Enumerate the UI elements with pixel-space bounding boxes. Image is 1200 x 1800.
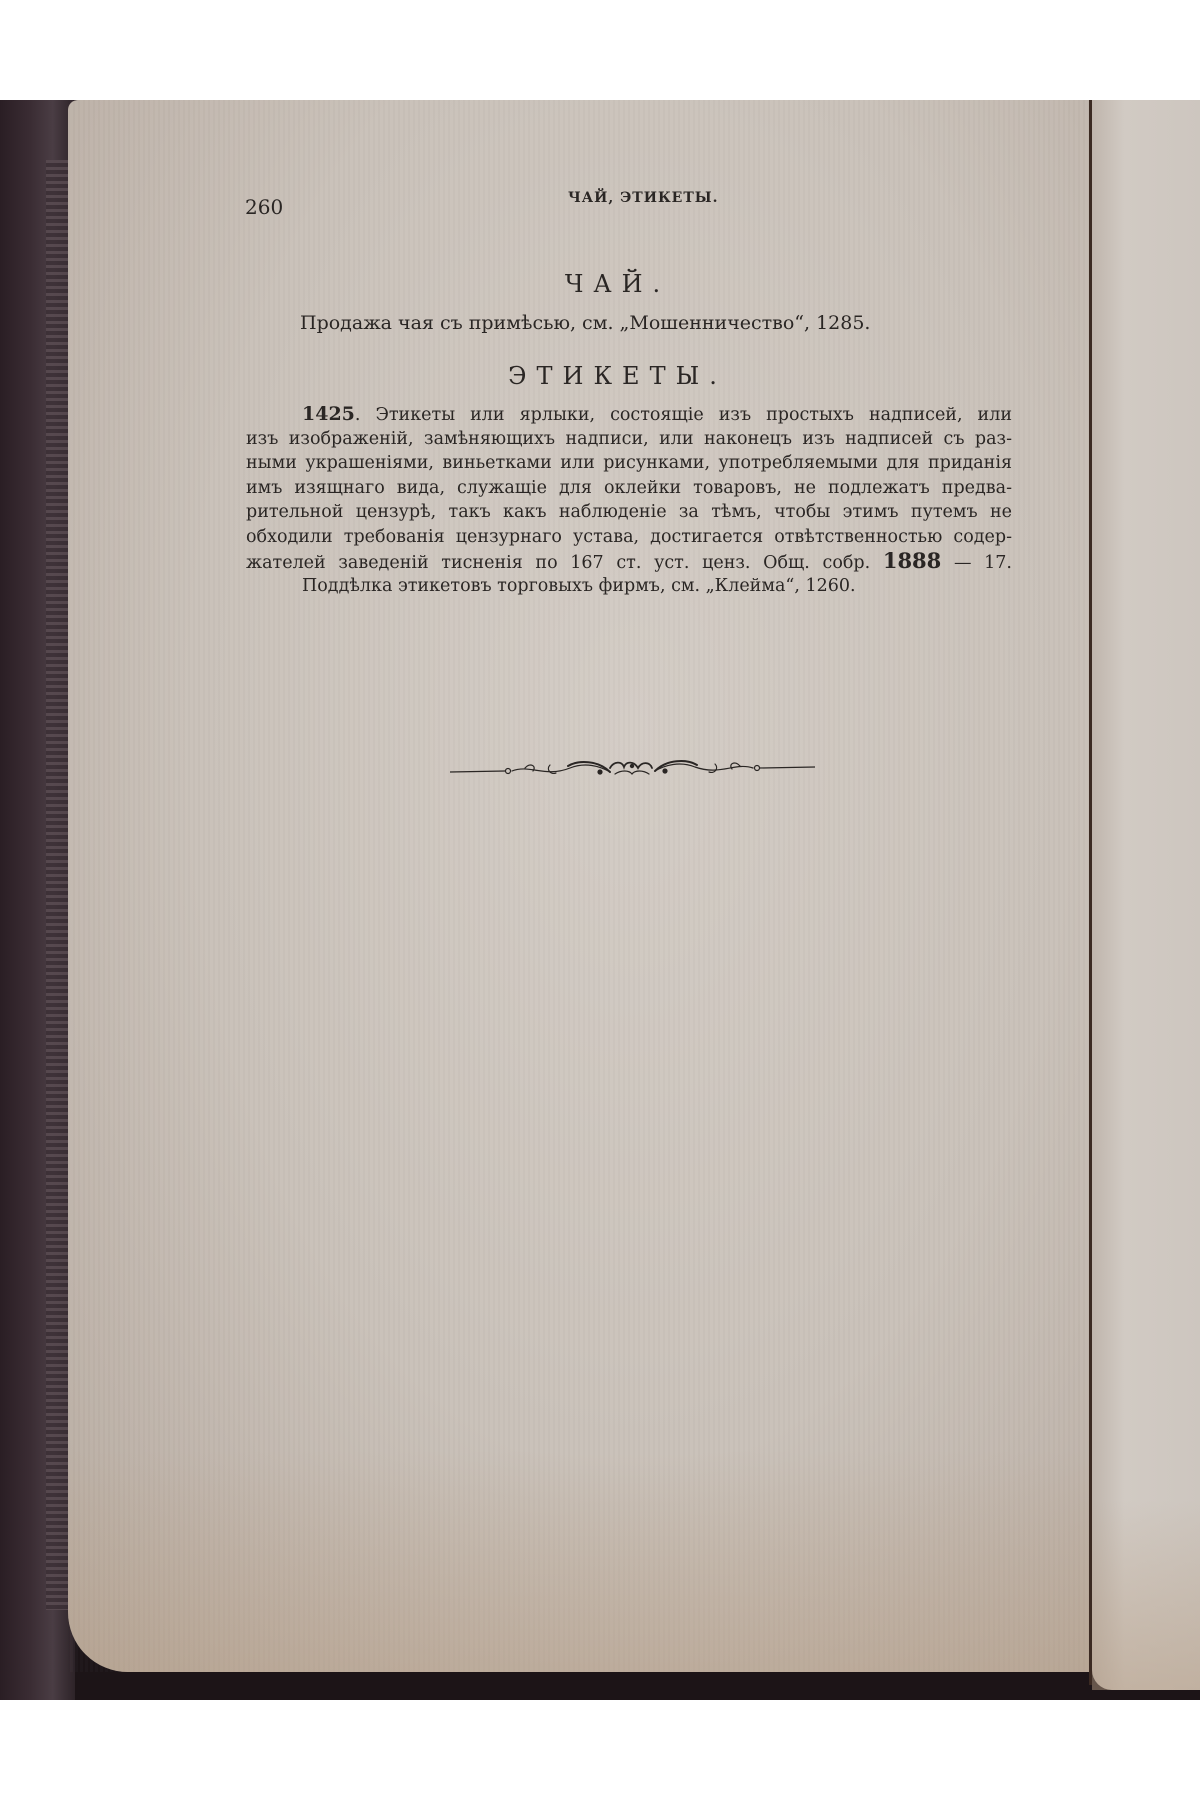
cross-reference-labels: Поддѣлка этикетовъ торговыхъ фирмъ, см. … — [246, 574, 1012, 599]
section-heading-etikety: ЭТИКЕТЫ. — [0, 362, 1200, 390]
book-binding — [0, 100, 75, 1700]
running-head: ЧАЙ, ЭТИКЕТЫ. — [568, 190, 718, 206]
article-line: обходили требованія цензурнаго устава, д… — [246, 525, 1012, 550]
article-line: изъ изображеній, замѣняющихъ надписи, ил… — [246, 427, 1012, 452]
article-line: имъ изящнаго вида, служащіе для оклейки … — [246, 476, 1012, 501]
right-page-edge — [1092, 100, 1200, 1690]
ornament-divider-icon — [450, 758, 815, 782]
article-1425: 1425. Этикеты или ярлыки, состоящіе изъ … — [246, 402, 1012, 598]
article-number: 1425 — [302, 403, 355, 425]
book-photo — [0, 100, 1200, 1700]
cross-reference-tea: Продажа чая съ примѣсью, см. „Мошенничес… — [300, 312, 870, 334]
article-line: жателей заведеній тисненія по 167 ст. ус… — [246, 549, 1012, 574]
source-year: 1888 — [883, 548, 941, 573]
section-heading-chai: ЧАЙ. — [0, 270, 1200, 298]
article-line: рительной цензурѣ, такъ какъ наблюденіе … — [246, 500, 1012, 525]
left-page — [68, 100, 1092, 1672]
book-gutter — [1089, 100, 1092, 1685]
source-suffix: — 17. — [954, 553, 1012, 573]
article-line: 1425. Этикеты или ярлыки, состоящіе изъ … — [246, 402, 1012, 427]
page-number: 260 — [245, 195, 283, 219]
right-page-shade — [1092, 1500, 1200, 1690]
page-stain — [68, 1450, 1092, 1672]
article-line: ными украшеніями, виньетками или рисунка… — [246, 451, 1012, 476]
